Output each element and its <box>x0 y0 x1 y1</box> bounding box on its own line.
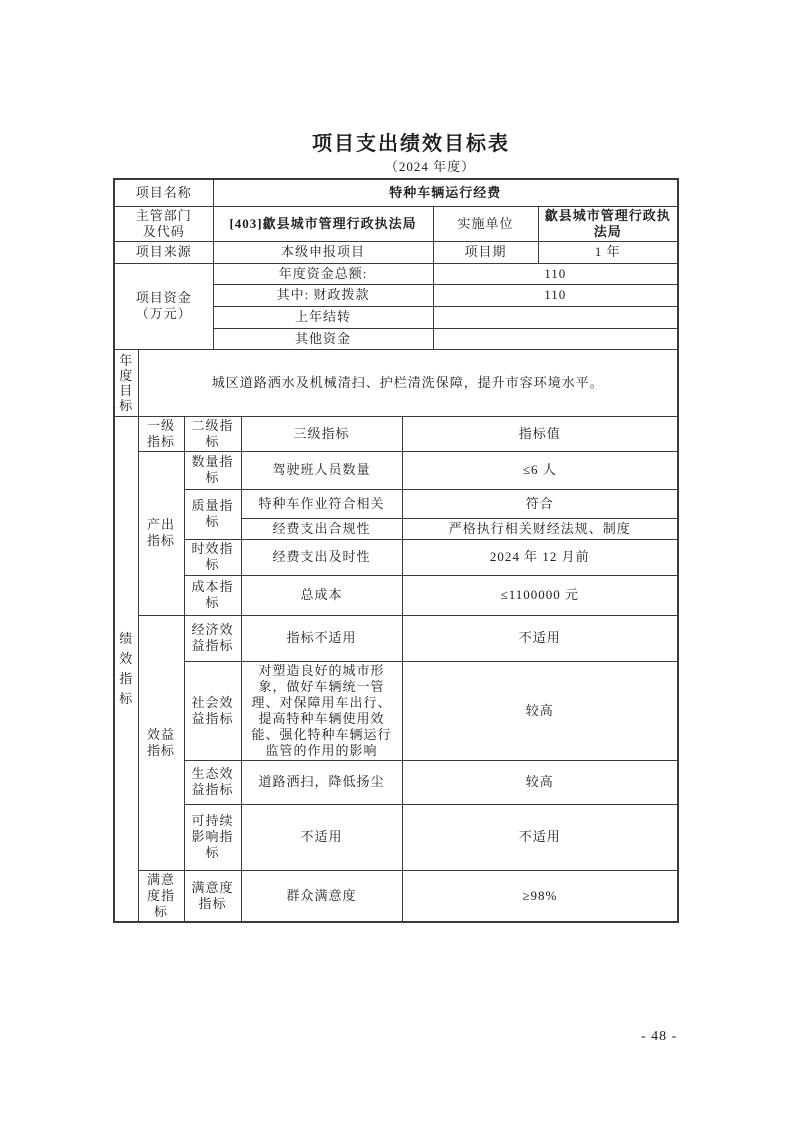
fund-total-label: 年度资金总额: <box>213 263 433 284</box>
project-name-value: 特种车辆运行经费 <box>213 179 678 206</box>
fund-carryover-label: 上年结转 <box>213 306 433 328</box>
dept-code-label: 主管部门 及代码 <box>114 206 213 241</box>
performance-target-table: 项目名称 特种车辆运行经费 主管部门 及代码 [403]歙县城市管理行政执法局 … <box>113 178 679 923</box>
table-row: 社会效益指标 对塑造良好的城市形象，做好车辆统一管理、对保障用车出行、提高特种车… <box>114 661 678 760</box>
value-social: 较高 <box>402 661 678 760</box>
header-value: 指标值 <box>402 416 678 451</box>
performance-side-label: 绩效指标 <box>114 416 138 922</box>
indicator-operation-compliance: 特种车作业符合相关 <box>241 489 402 518</box>
level1-benefit: 效益指标 <box>138 615 184 870</box>
project-period-value: 1 年 <box>538 241 678 263</box>
fund-other-value <box>433 328 678 349</box>
table-row: 年度目标 城区道路洒水及机械清扫、护栏清洗保障，提升市容环境水平。 <box>114 349 678 416</box>
fund-carryover-value <box>433 306 678 328</box>
level2-timeliness: 时效指标 <box>184 539 241 575</box>
indicator-total-cost: 总成本 <box>241 575 402 615</box>
fund-fiscal-label: 其中: 财政拨款 <box>213 284 433 306</box>
indicator-sustainability: 不适用 <box>241 804 402 870</box>
level2-quantity: 数量指标 <box>184 451 241 489</box>
project-funds-label: 项目资金 （万元） <box>114 263 213 349</box>
table-row: 可持续影响指标 不适用 不适用 <box>114 804 678 870</box>
fund-total-value: 110 <box>433 263 678 284</box>
indicator-social: 对塑造良好的城市形象，做好车辆统一管理、对保障用车出行、提高特种车辆使用效能、强… <box>241 661 402 760</box>
level2-ecological: 生态效益指标 <box>184 760 241 804</box>
table-row: 效益指标 经济效益指标 指标不适用 不适用 <box>114 615 678 661</box>
table-row: 质量指标 特种车作业符合相关 符合 <box>114 489 678 518</box>
table-row: 项目名称 特种车辆运行经费 <box>114 179 678 206</box>
table-row: 绩效指标 一级指标 二级指标 三级指标 指标值 <box>114 416 678 451</box>
page-title: 项目支出绩效目标表 <box>145 131 677 157</box>
table-row: 满意度指标 满意度指标 群众满意度 ≥98% <box>114 870 678 922</box>
project-source-value: 本级申报项目 <box>213 241 433 263</box>
level2-sustainability: 可持续影响指标 <box>184 804 241 870</box>
header-level3: 三级指标 <box>241 416 402 451</box>
fund-fiscal-value: 110 <box>433 284 678 306</box>
indicator-economic: 指标不适用 <box>241 615 402 661</box>
page-number: - 48 - <box>641 1029 677 1045</box>
value-expense-compliance: 严格执行相关财经法规、制度 <box>402 518 678 539</box>
level2-social: 社会效益指标 <box>184 661 241 760</box>
value-expense-timeliness: 2024 年 12 月前 <box>402 539 678 575</box>
level2-economic: 经济效益指标 <box>184 615 241 661</box>
value-economic: 不适用 <box>402 615 678 661</box>
impl-unit-label: 实施单位 <box>433 206 538 241</box>
document-header: 项目支出绩效目标表 （2024 年度） <box>113 131 677 176</box>
value-public-satisfaction: ≥98% <box>402 870 678 922</box>
value-operation-compliance: 符合 <box>402 489 678 518</box>
table-row: 时效指标 经费支出及时性 2024 年 12 月前 <box>114 539 678 575</box>
project-period-label: 项目期 <box>433 241 538 263</box>
annual-goal-label: 年度目标 <box>114 349 138 416</box>
level1-satisfaction: 满意度指标 <box>138 870 184 922</box>
indicator-driver-count: 驾驶班人员数量 <box>241 451 402 489</box>
annual-goal-text: 城区道路洒水及机械清扫、护栏清洗保障，提升市容环境水平。 <box>138 349 678 416</box>
impl-unit-value: 歙县城市管理行政执法局 <box>538 206 678 241</box>
project-source-label: 项目来源 <box>114 241 213 263</box>
level1-output: 产出指标 <box>138 451 184 615</box>
table-row: 项目资金 （万元） 年度资金总额: 110 <box>114 263 678 284</box>
value-ecological: 较高 <box>402 760 678 804</box>
project-name-label: 项目名称 <box>114 179 213 206</box>
indicator-expense-compliance: 经费支出合规性 <box>241 518 402 539</box>
level2-quality: 质量指标 <box>184 489 241 539</box>
table-row: 产出指标 数量指标 驾驶班人员数量 ≤6 人 <box>114 451 678 489</box>
table-row: 主管部门 及代码 [403]歙县城市管理行政执法局 实施单位 歙县城市管理行政执… <box>114 206 678 241</box>
value-driver-count: ≤6 人 <box>402 451 678 489</box>
dept-code-value: [403]歙县城市管理行政执法局 <box>213 206 433 241</box>
table-row: 项目来源 本级申报项目 项目期 1 年 <box>114 241 678 263</box>
indicator-ecological: 道路洒扫，降低扬尘 <box>241 760 402 804</box>
indicator-public-satisfaction: 群众满意度 <box>241 870 402 922</box>
level2-satisfaction: 满意度指标 <box>184 870 241 922</box>
fund-other-label: 其他资金 <box>213 328 433 349</box>
table-row: 成本指标 总成本 ≤1100000 元 <box>114 575 678 615</box>
value-total-cost: ≤1100000 元 <box>402 575 678 615</box>
page-subtitle: （2024 年度） <box>145 158 677 176</box>
level2-cost: 成本指标 <box>184 575 241 615</box>
header-level2: 二级指标 <box>184 416 241 451</box>
indicator-expense-timeliness: 经费支出及时性 <box>241 539 402 575</box>
header-level1: 一级指标 <box>138 416 184 451</box>
table-row: 生态效益指标 道路洒扫，降低扬尘 较高 <box>114 760 678 804</box>
value-sustainability: 不适用 <box>402 804 678 870</box>
